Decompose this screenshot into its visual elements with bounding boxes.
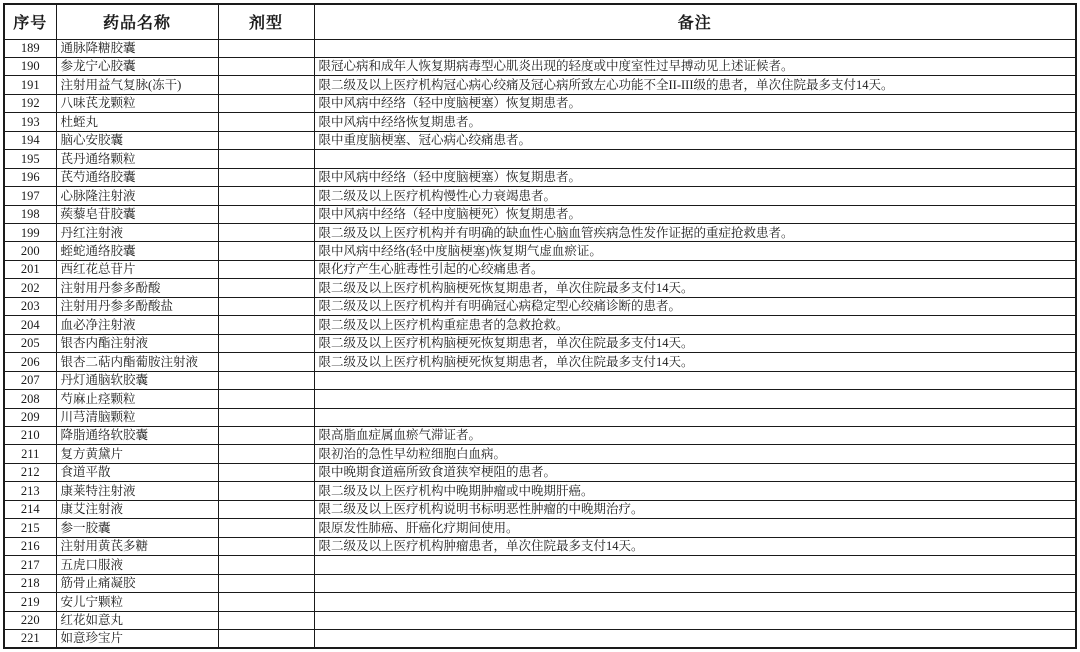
drug-name-cell: 芪芍通络胶囊	[56, 168, 218, 186]
row-no-cell: 191	[4, 76, 56, 94]
row-no-cell: 201	[4, 260, 56, 278]
remark-cell: 限二级及以上医疗机构并有明确冠心病稳定型心绞痛诊断的患者。	[314, 297, 1076, 315]
table-row: 207丹灯通脑软胶囊	[4, 371, 1076, 389]
table-row: 206银杏二萜内酯葡胺注射液限二级及以上医疗机构脑梗死恢复期患者，单次住院最多支…	[4, 353, 1076, 371]
drug-name-cell: 八味芪龙颗粒	[56, 94, 218, 112]
row-no-cell: 218	[4, 574, 56, 592]
row-no-cell: 215	[4, 519, 56, 537]
table-row: 198蒺藜皂苷胶囊限中风病中经络（轻中度脑梗死）恢复期患者。	[4, 205, 1076, 223]
dosage-form-cell	[218, 390, 314, 408]
dosage-form-cell	[218, 519, 314, 537]
row-no-cell: 212	[4, 463, 56, 481]
remark-cell: 限二级及以上医疗机构重症患者的急救抢救。	[314, 316, 1076, 334]
drug-name-cell: 心脉隆注射液	[56, 187, 218, 205]
drug-name-cell: 安儿宁颗粒	[56, 593, 218, 611]
remark-cell: 限二级及以上医疗机构慢性心力衰竭患者。	[314, 187, 1076, 205]
remark-cell	[314, 574, 1076, 592]
column-header-remark: 备注	[314, 4, 1076, 39]
dosage-form-cell	[218, 187, 314, 205]
drug-name-cell: 康莱特注射液	[56, 482, 218, 500]
remark-cell: 限高脂血症属血瘀气滞证者。	[314, 427, 1076, 445]
remark-cell: 限二级及以上医疗机构中晚期肿瘤或中晚期肝癌。	[314, 482, 1076, 500]
remark-cell	[314, 611, 1076, 629]
row-no-cell: 202	[4, 279, 56, 297]
table-row: 189通脉降糖胶囊	[4, 39, 1076, 57]
row-no-cell: 192	[4, 94, 56, 112]
table-header: 序号 药品名称 剂型 备注	[4, 4, 1076, 39]
table-row: 210降脂通络软胶囊限高脂血症属血瘀气滞证者。	[4, 427, 1076, 445]
drug-name-cell: 西红花总苷片	[56, 260, 218, 278]
drug-name-cell: 脑心安胶囊	[56, 131, 218, 149]
drug-name-cell: 参龙宁心胶囊	[56, 57, 218, 75]
table-row: 204血必净注射液限二级及以上医疗机构重症患者的急救抢救。	[4, 316, 1076, 334]
dosage-form-cell	[218, 316, 314, 334]
row-no-cell: 194	[4, 131, 56, 149]
dosage-form-cell	[218, 427, 314, 445]
row-no-cell: 211	[4, 445, 56, 463]
dosage-form-cell	[218, 611, 314, 629]
table-row: 216注射用黄芪多糖限二级及以上医疗机构肿瘤患者，单次住院最多支付14天。	[4, 537, 1076, 555]
remark-cell: 限二级及以上医疗机构脑梗死恢复期患者，单次住院最多支付14天。	[314, 334, 1076, 352]
row-no-cell: 213	[4, 482, 56, 500]
remark-cell: 限二级及以上医疗机构说明书标明恶性肿瘤的中晚期治疗。	[314, 500, 1076, 518]
dosage-form-cell	[218, 131, 314, 149]
drug-name-cell: 注射用益气复脉(冻干)	[56, 76, 218, 94]
drug-name-cell: 蒺藜皂苷胶囊	[56, 205, 218, 223]
table-row: 213康莱特注射液限二级及以上医疗机构中晚期肿瘤或中晚期肝癌。	[4, 482, 1076, 500]
row-no-cell: 203	[4, 297, 56, 315]
drug-name-cell: 银杏内酯注射液	[56, 334, 218, 352]
row-no-cell: 207	[4, 371, 56, 389]
row-no-cell: 197	[4, 187, 56, 205]
dosage-form-cell	[218, 574, 314, 592]
row-no-cell: 217	[4, 556, 56, 574]
table-row: 194脑心安胶囊限中重度脑梗塞、冠心病心绞痛患者。	[4, 131, 1076, 149]
drug-name-cell: 五虎口服液	[56, 556, 218, 574]
table-row: 220红花如意丸	[4, 611, 1076, 629]
table-row: 214康艾注射液限二级及以上医疗机构说明书标明恶性肿瘤的中晚期治疗。	[4, 500, 1076, 518]
dosage-form-cell	[218, 76, 314, 94]
column-header-no: 序号	[4, 4, 56, 39]
remark-cell	[314, 408, 1076, 426]
drug-name-cell: 康艾注射液	[56, 500, 218, 518]
remark-cell	[314, 630, 1076, 649]
drug-name-cell: 注射用丹参多酚酸盐	[56, 297, 218, 315]
dosage-form-cell	[218, 168, 314, 186]
row-no-cell: 220	[4, 611, 56, 629]
drug-name-cell: 通脉降糖胶囊	[56, 39, 218, 57]
drug-name-cell: 参一胶囊	[56, 519, 218, 537]
row-no-cell: 200	[4, 242, 56, 260]
row-no-cell: 208	[4, 390, 56, 408]
table-row: 191注射用益气复脉(冻干)限二级及以上医疗机构冠心病心绞痛及冠心病所致左心功能…	[4, 76, 1076, 94]
remark-cell: 限初治的急性早幼粒细胞白血病。	[314, 445, 1076, 463]
dosage-form-cell	[218, 94, 314, 112]
dosage-form-cell	[218, 260, 314, 278]
column-header-form: 剂型	[218, 4, 314, 39]
remark-cell: 限原发性肺癌、肝癌化疗期间使用。	[314, 519, 1076, 537]
table-row: 217五虎口服液	[4, 556, 1076, 574]
table-row: 221如意珍宝片	[4, 630, 1076, 649]
drug-name-cell: 如意珍宝片	[56, 630, 218, 649]
dosage-form-cell	[218, 113, 314, 131]
drug-name-cell: 杜蛭丸	[56, 113, 218, 131]
dosage-form-cell	[218, 57, 314, 75]
row-no-cell: 198	[4, 205, 56, 223]
drug-name-cell: 丹红注射液	[56, 224, 218, 242]
row-no-cell: 210	[4, 427, 56, 445]
remark-cell: 限二级及以上医疗机构脑梗死恢复期患者，单次住院最多支付14天。	[314, 279, 1076, 297]
dosage-form-cell	[218, 500, 314, 518]
row-no-cell: 196	[4, 168, 56, 186]
table-row: 209川芎清脑颗粒	[4, 408, 1076, 426]
table-row: 215参一胶囊限原发性肺癌、肝癌化疗期间使用。	[4, 519, 1076, 537]
remark-cell: 限中风病中经络恢复期患者。	[314, 113, 1076, 131]
row-no-cell: 193	[4, 113, 56, 131]
dosage-form-cell	[218, 593, 314, 611]
table-row: 218筋骨止痛凝胶	[4, 574, 1076, 592]
remark-cell: 限中风病中经络（轻中度脑梗死）恢复期患者。	[314, 205, 1076, 223]
drug-list-document: 序号 药品名称 剂型 备注 189通脉降糖胶囊190参龙宁心胶囊限冠心病和成年人…	[3, 3, 1077, 649]
dosage-form-cell	[218, 334, 314, 352]
remark-cell: 限中重度脑梗塞、冠心病心绞痛患者。	[314, 131, 1076, 149]
drug-name-cell: 丹灯通脑软胶囊	[56, 371, 218, 389]
table-row: 219安儿宁颗粒	[4, 593, 1076, 611]
remark-cell: 限二级及以上医疗机构肿瘤患者，单次住院最多支付14天。	[314, 537, 1076, 555]
dosage-form-cell	[218, 150, 314, 168]
drug-name-cell: 银杏二萜内酯葡胺注射液	[56, 353, 218, 371]
remark-cell	[314, 556, 1076, 574]
row-no-cell: 214	[4, 500, 56, 518]
remark-cell	[314, 150, 1076, 168]
drug-name-cell: 红花如意丸	[56, 611, 218, 629]
remark-cell: 限中晚期食道癌所致食道狭窄梗阻的患者。	[314, 463, 1076, 481]
drug-name-cell: 芍麻止痉颗粒	[56, 390, 218, 408]
drug-name-cell: 芪丹通络颗粒	[56, 150, 218, 168]
drug-name-cell: 筋骨止痛凝胶	[56, 574, 218, 592]
table-row: 196芪芍通络胶囊限中风病中经络（轻中度脑梗塞）恢复期患者。	[4, 168, 1076, 186]
drug-name-cell: 食道平散	[56, 463, 218, 481]
dosage-form-cell	[218, 297, 314, 315]
dosage-form-cell	[218, 630, 314, 649]
dosage-form-cell	[218, 537, 314, 555]
header-row: 序号 药品名称 剂型 备注	[4, 4, 1076, 39]
row-no-cell: 195	[4, 150, 56, 168]
table-row: 190参龙宁心胶囊限冠心病和成年人恢复期病毒型心肌炎出现的轻度或中度室性过早搏动…	[4, 57, 1076, 75]
table-row: 211复方黄黛片限初治的急性早幼粒细胞白血病。	[4, 445, 1076, 463]
drug-name-cell: 复方黄黛片	[56, 445, 218, 463]
table-row: 200蛭蛇通络胶囊限中风病中经络(轻中度脑梗塞)恢复期气虚血瘀证。	[4, 242, 1076, 260]
row-no-cell: 189	[4, 39, 56, 57]
row-no-cell: 205	[4, 334, 56, 352]
drug-name-cell: 川芎清脑颗粒	[56, 408, 218, 426]
table-row: 202注射用丹参多酚酸限二级及以上医疗机构脑梗死恢复期患者，单次住院最多支付14…	[4, 279, 1076, 297]
table-row: 201西红花总苷片限化疗产生心脏毒性引起的心绞痛患者。	[4, 260, 1076, 278]
table-row: 212食道平散限中晚期食道癌所致食道狭窄梗阻的患者。	[4, 463, 1076, 481]
row-no-cell: 219	[4, 593, 56, 611]
row-no-cell: 204	[4, 316, 56, 334]
table-row: 199丹红注射液限二级及以上医疗机构并有明确的缺血性心脑血管疾病急性发作证据的重…	[4, 224, 1076, 242]
row-no-cell: 206	[4, 353, 56, 371]
drug-name-cell: 注射用丹参多酚酸	[56, 279, 218, 297]
table-row: 193杜蛭丸限中风病中经络恢复期患者。	[4, 113, 1076, 131]
drug-table: 序号 药品名称 剂型 备注 189通脉降糖胶囊190参龙宁心胶囊限冠心病和成年人…	[3, 3, 1077, 649]
dosage-form-cell	[218, 482, 314, 500]
dosage-form-cell	[218, 463, 314, 481]
drug-name-cell: 注射用黄芪多糖	[56, 537, 218, 555]
table-row: 195芪丹通络颗粒	[4, 150, 1076, 168]
dosage-form-cell	[218, 224, 314, 242]
dosage-form-cell	[218, 408, 314, 426]
dosage-form-cell	[218, 279, 314, 297]
remark-cell	[314, 593, 1076, 611]
remark-cell: 限二级及以上医疗机构冠心病心绞痛及冠心病所致左心功能不全II-III级的患者，单…	[314, 76, 1076, 94]
drug-name-cell: 蛭蛇通络胶囊	[56, 242, 218, 260]
drug-name-cell: 血必净注射液	[56, 316, 218, 334]
table-row: 192八味芪龙颗粒限中风病中经络（轻中度脑梗塞）恢复期患者。	[4, 94, 1076, 112]
row-no-cell: 190	[4, 57, 56, 75]
table-row: 197心脉隆注射液限二级及以上医疗机构慢性心力衰竭患者。	[4, 187, 1076, 205]
dosage-form-cell	[218, 205, 314, 223]
remark-cell: 限冠心病和成年人恢复期病毒型心肌炎出现的轻度或中度室性过早搏动见上述证候者。	[314, 57, 1076, 75]
remark-cell	[314, 390, 1076, 408]
remark-cell: 限化疗产生心脏毒性引起的心绞痛患者。	[314, 260, 1076, 278]
row-no-cell: 221	[4, 630, 56, 649]
dosage-form-cell	[218, 445, 314, 463]
row-no-cell: 216	[4, 537, 56, 555]
row-no-cell: 199	[4, 224, 56, 242]
remark-cell: 限二级及以上医疗机构并有明确的缺血性心脑血管疾病急性发作证据的重症抢救患者。	[314, 224, 1076, 242]
remark-cell: 限中风病中经络(轻中度脑梗塞)恢复期气虚血瘀证。	[314, 242, 1076, 260]
remark-cell	[314, 371, 1076, 389]
remark-cell	[314, 39, 1076, 57]
table-row: 203注射用丹参多酚酸盐限二级及以上医疗机构并有明确冠心病稳定型心绞痛诊断的患者…	[4, 297, 1076, 315]
column-header-name: 药品名称	[56, 4, 218, 39]
dosage-form-cell	[218, 242, 314, 260]
dosage-form-cell	[218, 556, 314, 574]
drug-name-cell: 降脂通络软胶囊	[56, 427, 218, 445]
dosage-form-cell	[218, 353, 314, 371]
remark-cell: 限中风病中经络（轻中度脑梗塞）恢复期患者。	[314, 94, 1076, 112]
remark-cell: 限中风病中经络（轻中度脑梗塞）恢复期患者。	[314, 168, 1076, 186]
remark-cell: 限二级及以上医疗机构脑梗死恢复期患者，单次住院最多支付14天。	[314, 353, 1076, 371]
dosage-form-cell	[218, 371, 314, 389]
table-row: 205银杏内酯注射液限二级及以上医疗机构脑梗死恢复期患者，单次住院最多支付14天…	[4, 334, 1076, 352]
row-no-cell: 209	[4, 408, 56, 426]
table-body: 189通脉降糖胶囊190参龙宁心胶囊限冠心病和成年人恢复期病毒型心肌炎出现的轻度…	[4, 39, 1076, 648]
dosage-form-cell	[218, 39, 314, 57]
table-row: 208芍麻止痉颗粒	[4, 390, 1076, 408]
